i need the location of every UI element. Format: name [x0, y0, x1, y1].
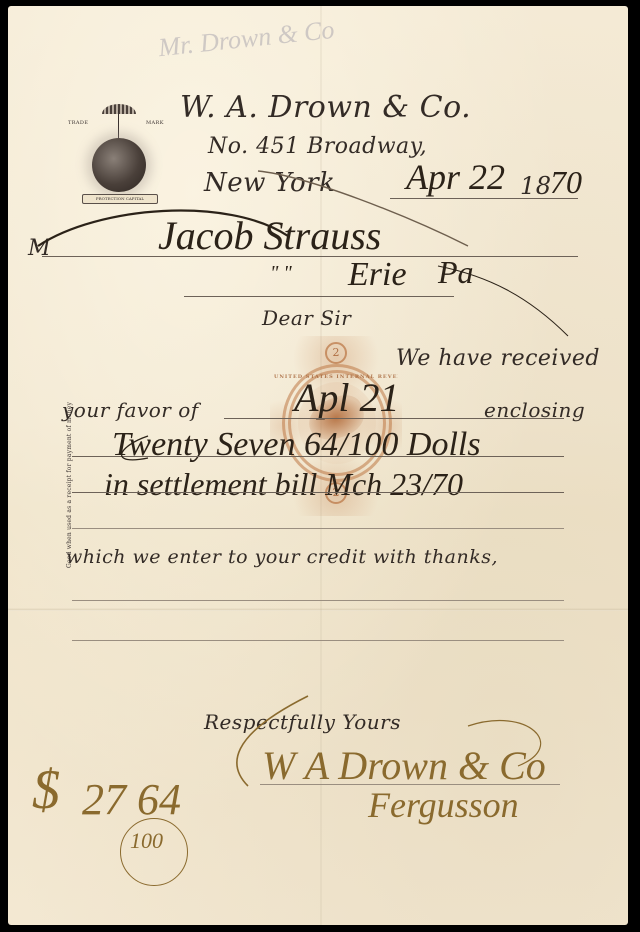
- letter-paper: Mr. Drown & Co TRADE MARK PROTECTION CAP…: [8, 6, 628, 925]
- handwriting-flourish: [8, 6, 628, 925]
